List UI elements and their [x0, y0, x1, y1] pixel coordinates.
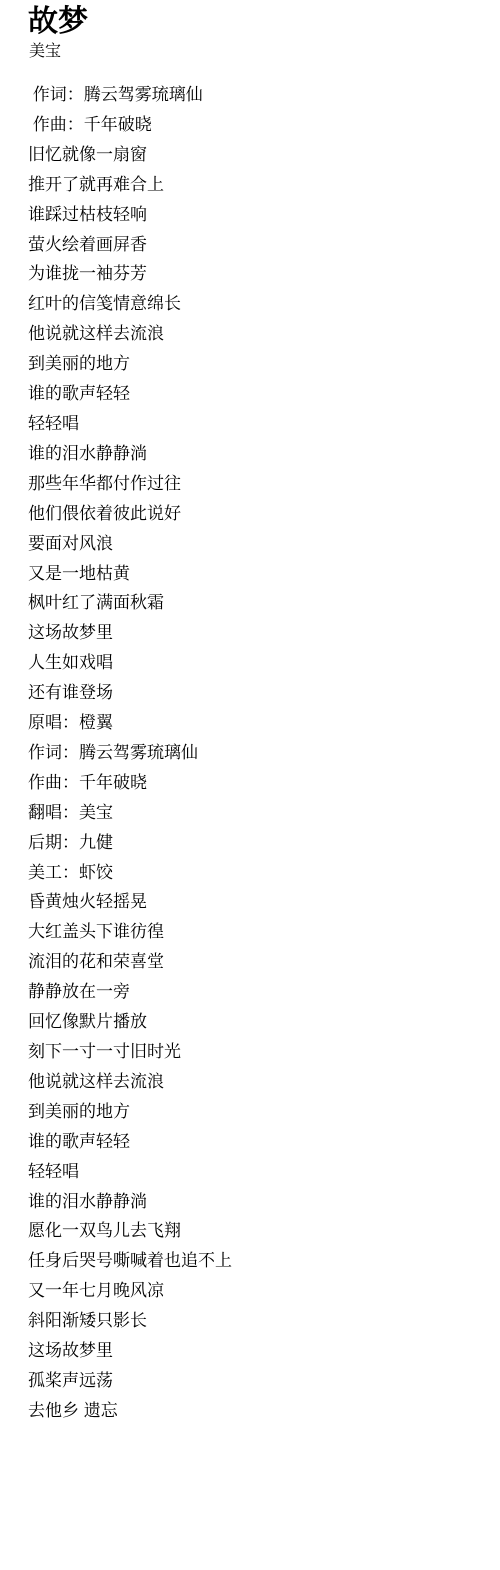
- lyric-line: 轻轻唱: [28, 1157, 490, 1187]
- lyric-line: 谁的歌声轻轻: [28, 1127, 490, 1157]
- lyric-line: 谁的泪水静静淌: [28, 1187, 490, 1217]
- lyric-line: 刻下一寸一寸旧时光: [28, 1037, 490, 1067]
- song-artist: 美宝: [29, 41, 490, 63]
- lyric-line: 旧忆就像一扇窗: [28, 140, 490, 170]
- lyric-line: 为谁拢一袖芬芳: [28, 259, 490, 289]
- lyric-line: 到美丽的地方: [28, 349, 490, 379]
- lyric-line: 他说就这样去流浪: [28, 1067, 490, 1097]
- lyric-line: 萤火绘着画屏香: [28, 230, 490, 260]
- lyric-line: 人生如戏唱: [28, 648, 490, 678]
- lyric-line: 谁的歌声轻轻: [28, 379, 490, 409]
- lyrics-page: 故梦 美宝 作词：腾云驾雾琉璃仙 作曲：千年破晓 旧忆就像一扇窗 推开了就再难合…: [0, 0, 500, 1426]
- lyric-line: 这场故梦里: [28, 1336, 490, 1366]
- lyric-line: 他说就这样去流浪: [28, 319, 490, 349]
- lyric-line: 作曲：千年破晓: [28, 768, 490, 798]
- lyric-line: 又一年七月晚风凉: [28, 1276, 490, 1306]
- lyric-line: 作词：腾云驾雾琉璃仙: [28, 738, 490, 768]
- lyric-line: 美工：虾饺: [28, 858, 490, 888]
- lyric-line: 又是一地枯黄: [28, 559, 490, 589]
- lyric-line: 这场故梦里: [28, 618, 490, 648]
- lyric-line: 原唱：橙翼: [28, 708, 490, 738]
- lyric-line: 后期：九健: [28, 828, 490, 858]
- lyric-line: 昏黄烛火轻摇晃: [28, 887, 490, 917]
- lyrics-body: 作词：腾云驾雾琉璃仙 作曲：千年破晓 旧忆就像一扇窗 推开了就再难合上 谁踩过枯…: [28, 80, 490, 1426]
- lyric-line: 到美丽的地方: [28, 1097, 490, 1127]
- lyric-line: 要面对风浪: [28, 529, 490, 559]
- lyric-line: 静静放在一旁: [28, 977, 490, 1007]
- lyric-line: 轻轻唱: [28, 409, 490, 439]
- lyric-line: 那些年华都付作过往: [28, 469, 490, 499]
- lyric-line: 斜阳渐矮只影长: [28, 1306, 490, 1336]
- lyric-line: 红叶的信笺情意绵长: [28, 289, 490, 319]
- lyric-line: 作曲：千年破晓: [28, 110, 490, 140]
- lyric-line: 推开了就再难合上: [28, 170, 490, 200]
- lyric-line: 回忆像默片播放: [28, 1007, 490, 1037]
- lyric-line: 作词：腾云驾雾琉璃仙: [28, 80, 490, 110]
- lyric-line: 任身后哭号嘶喊着也追不上: [28, 1246, 490, 1276]
- lyric-line: 去他乡 遗忘: [28, 1396, 490, 1426]
- lyric-line: 流泪的花和荣喜堂: [28, 947, 490, 977]
- lyric-line: 还有谁登场: [28, 678, 490, 708]
- lyric-line: 孤桨声远荡: [28, 1366, 490, 1396]
- lyric-line: 他们偎依着彼此说好: [28, 499, 490, 529]
- lyric-line: 谁的泪水静静淌: [28, 439, 490, 469]
- lyric-line: 翻唱：美宝: [28, 798, 490, 828]
- lyric-line: 愿化一双鸟儿去飞翔: [28, 1216, 490, 1246]
- lyric-line: 谁踩过枯枝轻响: [28, 200, 490, 230]
- lyric-line: 大红盖头下谁彷徨: [28, 917, 490, 947]
- lyric-line: 枫叶红了满面秋霜: [28, 588, 490, 618]
- song-title: 故梦: [28, 0, 490, 39]
